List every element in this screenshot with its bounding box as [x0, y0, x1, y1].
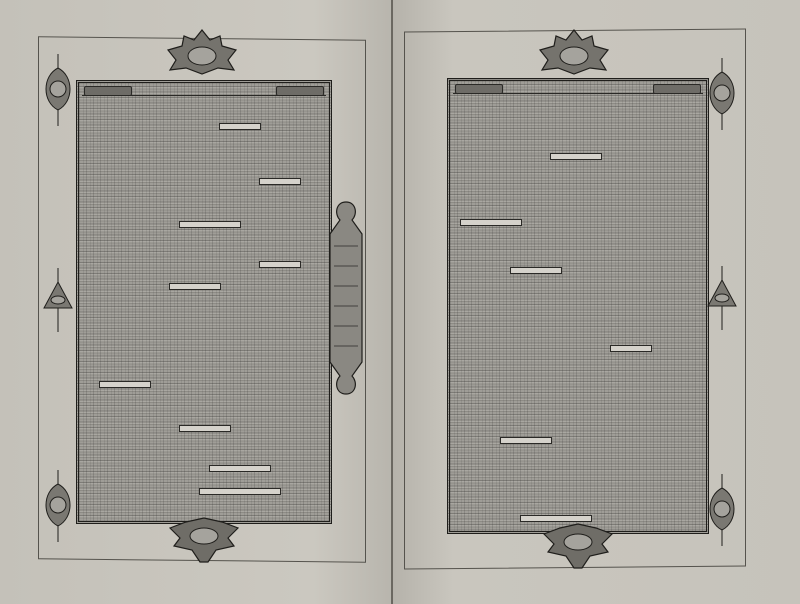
section-marker: [199, 488, 281, 495]
section-marker: [610, 345, 652, 352]
margin-cartouche-ornament: [326, 200, 366, 396]
left-text-block: [76, 80, 332, 524]
right-top-medallion-ornament: [534, 28, 614, 76]
right-header-tag-right: [653, 84, 701, 94]
section-marker: [179, 425, 231, 432]
right-middle-arch-ornament: [706, 266, 738, 330]
section-marker: [219, 123, 261, 130]
section-marker: [259, 261, 301, 268]
section-marker: [520, 515, 592, 522]
right-top-rosette-ornament: [704, 58, 740, 130]
right-header-tag-left: [455, 84, 503, 94]
section-marker: [510, 267, 562, 274]
left-middle-arch-ornament: [42, 268, 74, 332]
left-top-medallion-ornament: [162, 28, 242, 76]
section-marker: [550, 153, 602, 160]
left-header-tag-right: [276, 86, 324, 96]
left-bottom-rosette-ornament: [40, 470, 76, 542]
section-marker: [500, 437, 552, 444]
book-gutter: [391, 0, 393, 604]
right-header-bar: [453, 83, 703, 94]
left-bottom-medallion-ornament: [164, 516, 244, 566]
section-marker: [259, 178, 301, 185]
right-bottom-rosette-ornament: [704, 474, 740, 546]
right-text-block: [447, 78, 709, 534]
section-marker: [209, 465, 271, 472]
left-header-bar: [82, 85, 326, 96]
left-top-rosette-ornament: [40, 54, 76, 126]
section-marker: [169, 283, 221, 290]
section-marker: [179, 221, 241, 228]
right-bottom-medallion-ornament: [538, 522, 618, 572]
left-header-tag-left: [84, 86, 132, 96]
section-marker: [99, 381, 151, 388]
section-marker: [460, 219, 522, 226]
